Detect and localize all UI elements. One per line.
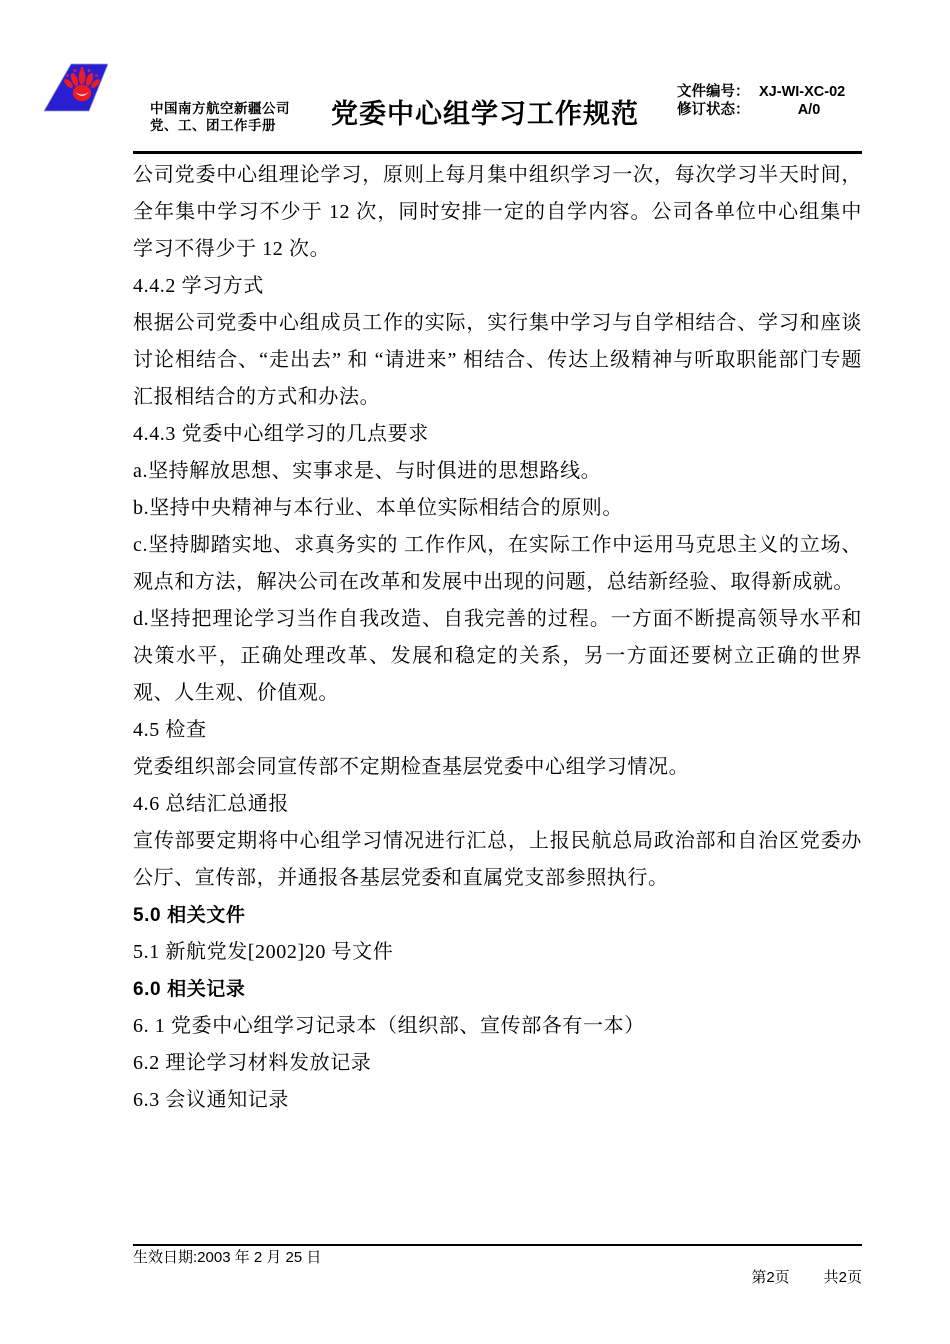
body-paragraph: 宣传部要定期将中心组学习情况进行汇总，上报民航总局政治部和自治区党委办公厅、宣传… — [133, 823, 862, 897]
revision-status-row: 修订状态： A/0 — [677, 102, 859, 120]
body-paragraph: 5.1 新航党发[2002]20 号文件 — [133, 934, 862, 971]
body-paragraph: 6.3 会议通知记录 — [133, 1082, 862, 1119]
body-paragraph: 6.2 理论学习材料发放记录 — [133, 1045, 862, 1082]
company-name-line2: 党、工、团工作手册 — [150, 118, 290, 135]
doc-number-value: XJ-WI-XC-02 — [759, 84, 859, 102]
body-paragraph: c.坚持脚踏实地、求真务实的 工作作风，在实际工作中运用马克思主义的立场、观点和… — [133, 527, 862, 601]
body-paragraph: 公司党委中心组理论学习，原则上每月集中组织学习一次，每次学习半天时间，全年集中学… — [133, 157, 862, 268]
body-paragraph: d.坚持把理论学习当作自我改造、自我完善的过程。一方面不断提高领导水平和决策水平… — [133, 601, 862, 712]
page-indicator: 第2页共2页 — [726, 1248, 862, 1308]
body-paragraph: a.坚持解放思想、实事求是、与时俱进的思想路线。 — [133, 453, 862, 490]
china-southern-airlines-logo-icon — [44, 63, 108, 112]
document-title: 党委中心组学习工作规范 — [325, 92, 645, 131]
body-paragraph: 根据公司党委中心组成员工作的实际，实行集中学习与自学相结合、学习和座谈讨论相结合… — [133, 305, 862, 416]
body-paragraph: 4.5 检查 — [133, 712, 862, 749]
revision-status-label: 修订状态： — [677, 102, 759, 120]
doc-number-label: 文件编号： — [677, 84, 759, 102]
footer-divider — [133, 1244, 862, 1246]
section-heading: 6.0 相关记录 — [133, 971, 862, 1008]
body-paragraph: 6. 1 党委中心组学习记录本（组织部、宣传部各有一本） — [133, 1008, 862, 1045]
company-name-block: 中国南方航空新疆公司 党、工、团工作手册 — [150, 101, 290, 134]
document-page: 中国南方航空新疆公司 党、工、团工作手册 党委中心组学习工作规范 文件编号： X… — [0, 0, 950, 1344]
body-paragraph: 党委组织部会同宣传部不定期检查基层党委中心组学习情况。 — [133, 749, 862, 786]
body-paragraph: b.坚持中央精神与本行业、本单位实际相结合的原则。 — [133, 490, 862, 527]
body-paragraph: 4.4.2 学习方式 — [133, 268, 862, 305]
company-name-line1: 中国南方航空新疆公司 — [150, 101, 290, 118]
document-meta-block: 文件编号： XJ-WI-XC-02 修订状态： A/0 — [677, 84, 859, 119]
revision-status-value: A/0 — [759, 102, 859, 120]
page-current: 第2页 — [751, 1268, 789, 1288]
page-total: 共2页 — [824, 1268, 862, 1288]
section-heading: 5.0 相关文件 — [133, 897, 862, 934]
header-divider — [133, 151, 862, 154]
document-body: 公司党委中心组理论学习，原则上每月集中组织学习一次，每次学习半天时间，全年集中学… — [133, 157, 862, 1119]
body-paragraph: 4.4.3 党委中心组学习的几点要求 — [133, 416, 862, 453]
document-footer: 生效日期:2003 年 2 月 25 日 第2页共2页 — [133, 1248, 862, 1308]
doc-number-row: 文件编号： XJ-WI-XC-02 — [677, 84, 859, 102]
effective-date: 生效日期:2003 年 2 月 25 日 — [133, 1248, 321, 1268]
body-paragraph: 4.6 总结汇总通报 — [133, 786, 862, 823]
